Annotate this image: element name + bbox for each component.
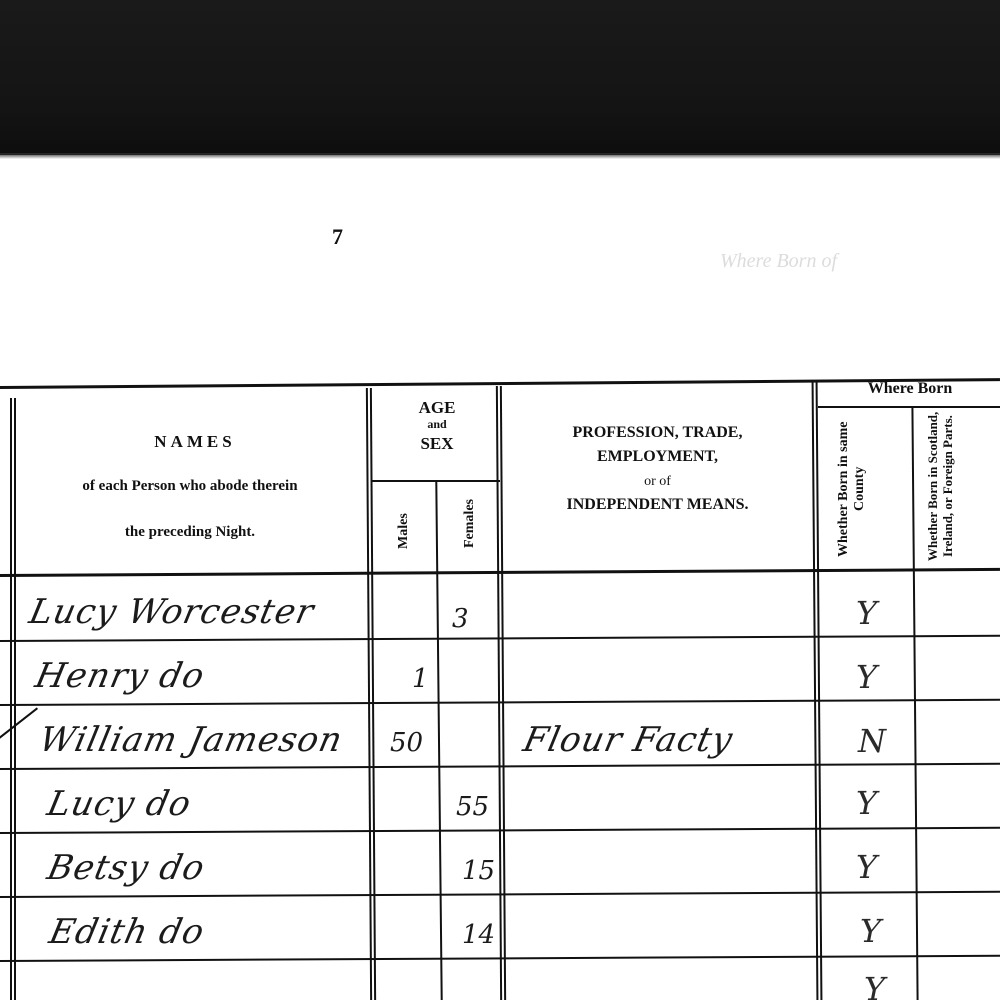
page-number: 7 — [332, 224, 343, 250]
profession-header-2: EMPLOYMENT, — [505, 448, 810, 466]
col-divider-males — [435, 482, 442, 1000]
row-5-female-age: 15 — [462, 856, 495, 886]
row-6-female-age: 14 — [462, 920, 495, 950]
age-sex-header-1: AGE — [374, 398, 500, 418]
row-1-name: Lucy Worcester — [26, 592, 318, 632]
book-spine-shadow — [0, 0, 1000, 155]
row-6-name: Edith do — [46, 912, 209, 952]
males-header: Males — [396, 496, 412, 566]
col-divider-where-born — [911, 406, 918, 1000]
col-divider-left — [10, 398, 12, 1000]
row-3-name: William Jameson — [36, 720, 347, 760]
same-county-header: Whether Born in same County — [836, 414, 888, 564]
profession-header-1: PROFESSION, TRADE, — [505, 424, 810, 442]
row-1-same-county: Y — [856, 594, 877, 632]
col-divider-left-double — [14, 398, 16, 1000]
row-3-same-county: N — [858, 722, 886, 760]
margin-tick-mark — [0, 707, 38, 739]
row-7-same-county: Y — [864, 970, 885, 1000]
row-5-same-county: Y — [856, 848, 877, 886]
header-bottom-border — [0, 568, 1000, 577]
age-sex-header-2: and — [374, 418, 500, 432]
bleed-through-text: Where Born of — [720, 250, 837, 273]
row-5-name: Betsy do — [44, 848, 209, 888]
row-6-same-county: Y — [860, 912, 881, 950]
age-sex-header-3: SEX — [374, 434, 500, 454]
females-header: Females — [462, 482, 478, 566]
names-header-title: NAMES — [40, 432, 350, 452]
row-2-name: Henry do — [32, 656, 209, 696]
row-2-same-county: Y — [856, 658, 877, 696]
profession-header-4: INDEPENDENT MEANS. — [505, 496, 810, 514]
row-2-male-age: 1 — [412, 664, 429, 694]
names-header-subtitle-1: of each Person who abode therein — [20, 478, 360, 495]
names-header-subtitle-2: the preceding Night. — [20, 524, 360, 541]
foreign-parts-header: Whether Born in Scotland, Ireland, or Fo… — [926, 408, 998, 564]
census-table: NAMES of each Person who abode therein t… — [0, 378, 1000, 1000]
row-line-1 — [0, 635, 1000, 642]
row-1-female-age: 3 — [452, 604, 469, 634]
row-4-same-county: Y — [856, 784, 877, 822]
row-4-female-age: 55 — [456, 792, 489, 822]
profession-header-3: or of — [505, 474, 810, 490]
where-born-header: Where Born — [820, 380, 1000, 398]
row-3-male-age: 50 — [390, 728, 423, 758]
row-3-profession: Flour Facty — [520, 720, 737, 760]
row-4-name: Lucy do — [44, 784, 195, 824]
age-sex-subheader-line — [372, 480, 500, 482]
